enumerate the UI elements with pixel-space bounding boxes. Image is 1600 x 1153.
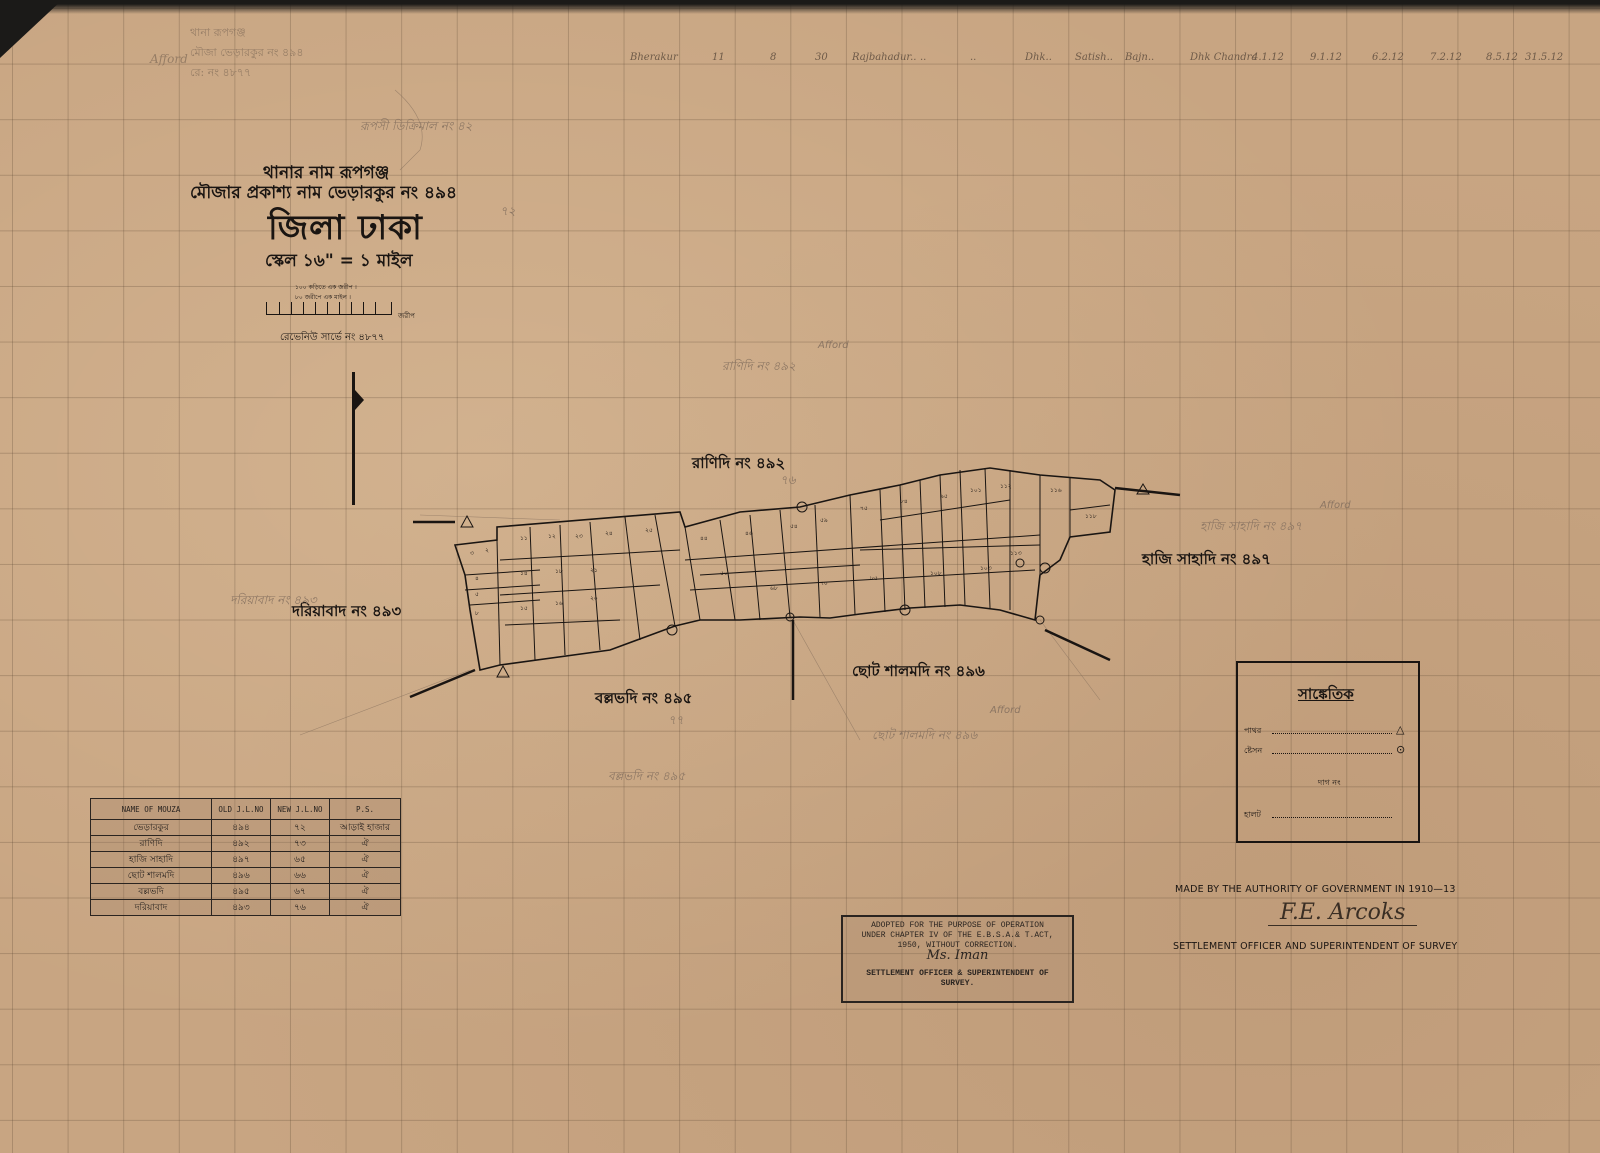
mouza-map: ৩২৪৫৮ ১১১২২৩২৪২৫ ১৪১৮২১১৫১৬ ২০৪৪৪৬৫৪৫৯ ৭… [0, 0, 1600, 1153]
svg-text:২৪: ২৪ [605, 530, 613, 537]
boundary-extension-lines [410, 488, 1180, 700]
old-jl-cell: ৪৯৭ [212, 852, 271, 868]
svg-text:১১২: ১১২ [1000, 483, 1012, 490]
faint-label: Afford [818, 340, 849, 351]
legend-label: দাগ নং [1318, 778, 1341, 787]
svg-text:৭০: ৭০ [820, 580, 828, 587]
legend-item-plot-number: দাগ নং [1318, 777, 1341, 790]
stone-markers [461, 484, 1149, 677]
ps-cell: ঐ [330, 836, 401, 852]
map-legend: সাঙ্কেতিক পাথর △ ষ্টেসন ⊙ দাগ নং হালট [1236, 661, 1420, 843]
svg-text:৪৪: ৪৪ [700, 535, 708, 542]
new-jl-cell: ৬৬ [271, 868, 330, 884]
column-header: P.S. [330, 799, 401, 820]
old-jl-cell: ৪৯৬ [212, 868, 271, 884]
svg-text:১০১: ১০১ [970, 487, 982, 494]
station-markers [667, 502, 1050, 635]
mouza-name-cell: রাণিদি [91, 836, 212, 852]
ps-cell: ঐ [330, 900, 401, 916]
svg-text:৬৮: ৬৮ [770, 585, 778, 592]
mouza-boundary [455, 468, 1115, 670]
old-jl-cell: ৪৯৩ [212, 900, 271, 916]
faint-label: ৭২ [500, 203, 516, 223]
table-row: হাজি সাহাদি৪৯৭৬৫ঐ [91, 852, 401, 868]
column-header: NEW J.L.NO [271, 799, 330, 820]
authority-statement: MADE BY THE AUTHORITY OF GOVERNMENT IN 1… [1175, 884, 1456, 895]
legend-item-halot: হালট [1244, 809, 1261, 822]
faint-label: রূপসী ডিক্রিমাল নং ৪২ [360, 118, 472, 138]
legend-label: পাথর [1244, 726, 1261, 735]
new-jl-cell: ৭২ [271, 820, 330, 836]
legend-label: ষ্টেসন [1244, 746, 1262, 755]
table-row: বল্লভদি৪৯৫৬৭ঐ [91, 884, 401, 900]
svg-text:১০৮: ১০৮ [930, 570, 942, 577]
svg-text:৫: ৫ [475, 591, 479, 598]
svg-text:৫৯: ৫৯ [820, 517, 828, 524]
officer-signature: F.E. Arcoks [1268, 900, 1417, 926]
adjacent-mouza-east: হাজি সাহাদি নং ৪৯৭ [1142, 548, 1271, 573]
svg-text:৪৬: ৪৬ [745, 530, 753, 537]
mouza-name-cell: ছোট শালমদি [91, 868, 212, 884]
table-row: ভেড়ারকুর৪৯৪৭২আড়াই হাজার [91, 820, 401, 836]
svg-text:৪: ৪ [475, 575, 479, 582]
officer-title: SETTLEMENT OFFICER AND SUPERINTENDENT OF… [1173, 941, 1457, 952]
table-row: ছোট শালমদি৪৯৬৬৬ঐ [91, 868, 401, 884]
faint-label: হাজি সাহাদি নং ৪৯৭ [1200, 518, 1302, 538]
svg-text:১০৩: ১০৩ [980, 565, 992, 572]
parcel-lines [465, 468, 1110, 665]
faint-label: ছোট শালমদি নং ৪৯৬ [872, 727, 977, 747]
mouza-name-cell: হাজি সাহাদি [91, 852, 212, 868]
svg-text:৮৫: ৮৫ [870, 575, 878, 582]
svg-text:৯৫: ৯৫ [940, 493, 948, 500]
adoption-stamp: ADOPTED FOR THE PURPOSE OF OPERATION UND… [841, 915, 1074, 1003]
faint-label: বল্লভদি নং ৪৯৫ [608, 768, 685, 788]
stamp-line: SETTLEMENT OFFICER & SUPERINTENDENT OF [843, 969, 1072, 979]
svg-text:২১: ২১ [590, 567, 598, 574]
column-header: NAME OF MOUZA [91, 799, 212, 820]
stamp-line: ADOPTED FOR THE PURPOSE OF OPERATION [843, 921, 1072, 931]
legend-item-stone: পাথর [1244, 725, 1261, 738]
new-jl-cell: ৬৭ [271, 884, 330, 900]
svg-text:১২: ১২ [548, 533, 556, 540]
legend-label: হালট [1244, 810, 1261, 819]
legend-item-station: ষ্টেসন [1244, 745, 1262, 758]
old-jl-cell: ৪৯৪ [212, 820, 271, 836]
old-jl-cell: ৪৯৫ [212, 884, 271, 900]
svg-text:৫৪: ৫৪ [790, 523, 798, 530]
faint-label: ৭৬ [780, 472, 796, 492]
circle-icon: ⊙ [1396, 743, 1405, 756]
new-jl-cell: ৭৩ [271, 836, 330, 852]
svg-text:১৫: ১৫ [520, 605, 528, 612]
triangle-icon: △ [1396, 723, 1404, 736]
svg-text:২: ২ [485, 547, 489, 554]
svg-text:১৪: ১৪ [520, 570, 528, 577]
ps-cell: ঐ [330, 868, 401, 884]
mouza-name-cell: বল্লভদি [91, 884, 212, 900]
table-row: দরিয়াবাদ৪৯৩৭৬ঐ [91, 900, 401, 916]
svg-text:২৫: ২৫ [645, 527, 653, 534]
mouza-name-cell: ভেড়ারকুর [91, 820, 212, 836]
ps-cell: ঐ [330, 852, 401, 868]
svg-text:৮৪: ৮৪ [900, 498, 908, 505]
stamp-line: SURVEY. [843, 979, 1072, 989]
svg-text:১১৮: ১১৮ [1085, 513, 1097, 520]
adjacent-mouza-north: রাণিদি নং ৪৯২ [692, 452, 785, 477]
legend-title: সাঙ্কেতিক [1298, 683, 1354, 708]
svg-text:১৬: ১৬ [555, 600, 563, 607]
faint-label: ৭৭ [668, 712, 684, 732]
svg-text:৭৫: ৭৫ [860, 505, 868, 512]
adjacent-mouza-south: ছোট শালমদি নং ৪৯৬ [852, 660, 985, 685]
stamp-line: UNDER CHAPTER IV OF THE E.B.S.A.& T.ACT, [843, 931, 1072, 941]
mouza-name-cell: দরিয়াবাদ [91, 900, 212, 916]
mouza-table: NAME OF MOUZA OLD J.L.NO NEW J.L.NO P.S.… [90, 798, 401, 916]
ps-cell: আড়াই হাজার [330, 820, 401, 836]
stamp-signature: Ms. Iman [843, 951, 1072, 969]
svg-text:২০: ২০ [590, 595, 598, 602]
old-jl-cell: ৪৯২ [212, 836, 271, 852]
svg-text:১১৩: ১১৩ [1010, 550, 1022, 557]
ps-cell: ঐ [330, 884, 401, 900]
faint-label: Afford [990, 705, 1021, 716]
faint-label: Afford [1320, 500, 1351, 511]
adjacent-mouza-southwest: বল্লভদি নং ৪৯৫ [595, 687, 692, 712]
faint-label: রাণিদি নং ৪৯২ [722, 358, 796, 378]
new-jl-cell: ৬৫ [271, 852, 330, 868]
new-jl-cell: ৭৬ [271, 900, 330, 916]
svg-text:৩: ৩ [470, 550, 474, 557]
table-row: রাণিদি৪৯২৭৩ঐ [91, 836, 401, 852]
svg-text:১১৬: ১১৬ [1050, 487, 1062, 494]
faint-label: দরিয়াবাদ নং ৪৯৩ [230, 592, 317, 612]
svg-text:৮: ৮ [475, 610, 479, 617]
column-header: OLD J.L.NO [212, 799, 271, 820]
svg-text:১৮: ১৮ [555, 568, 563, 575]
svg-text:২৩: ২৩ [575, 533, 583, 540]
svg-text:৫০: ৫০ [720, 570, 728, 577]
svg-text:১১: ১১ [520, 535, 528, 542]
